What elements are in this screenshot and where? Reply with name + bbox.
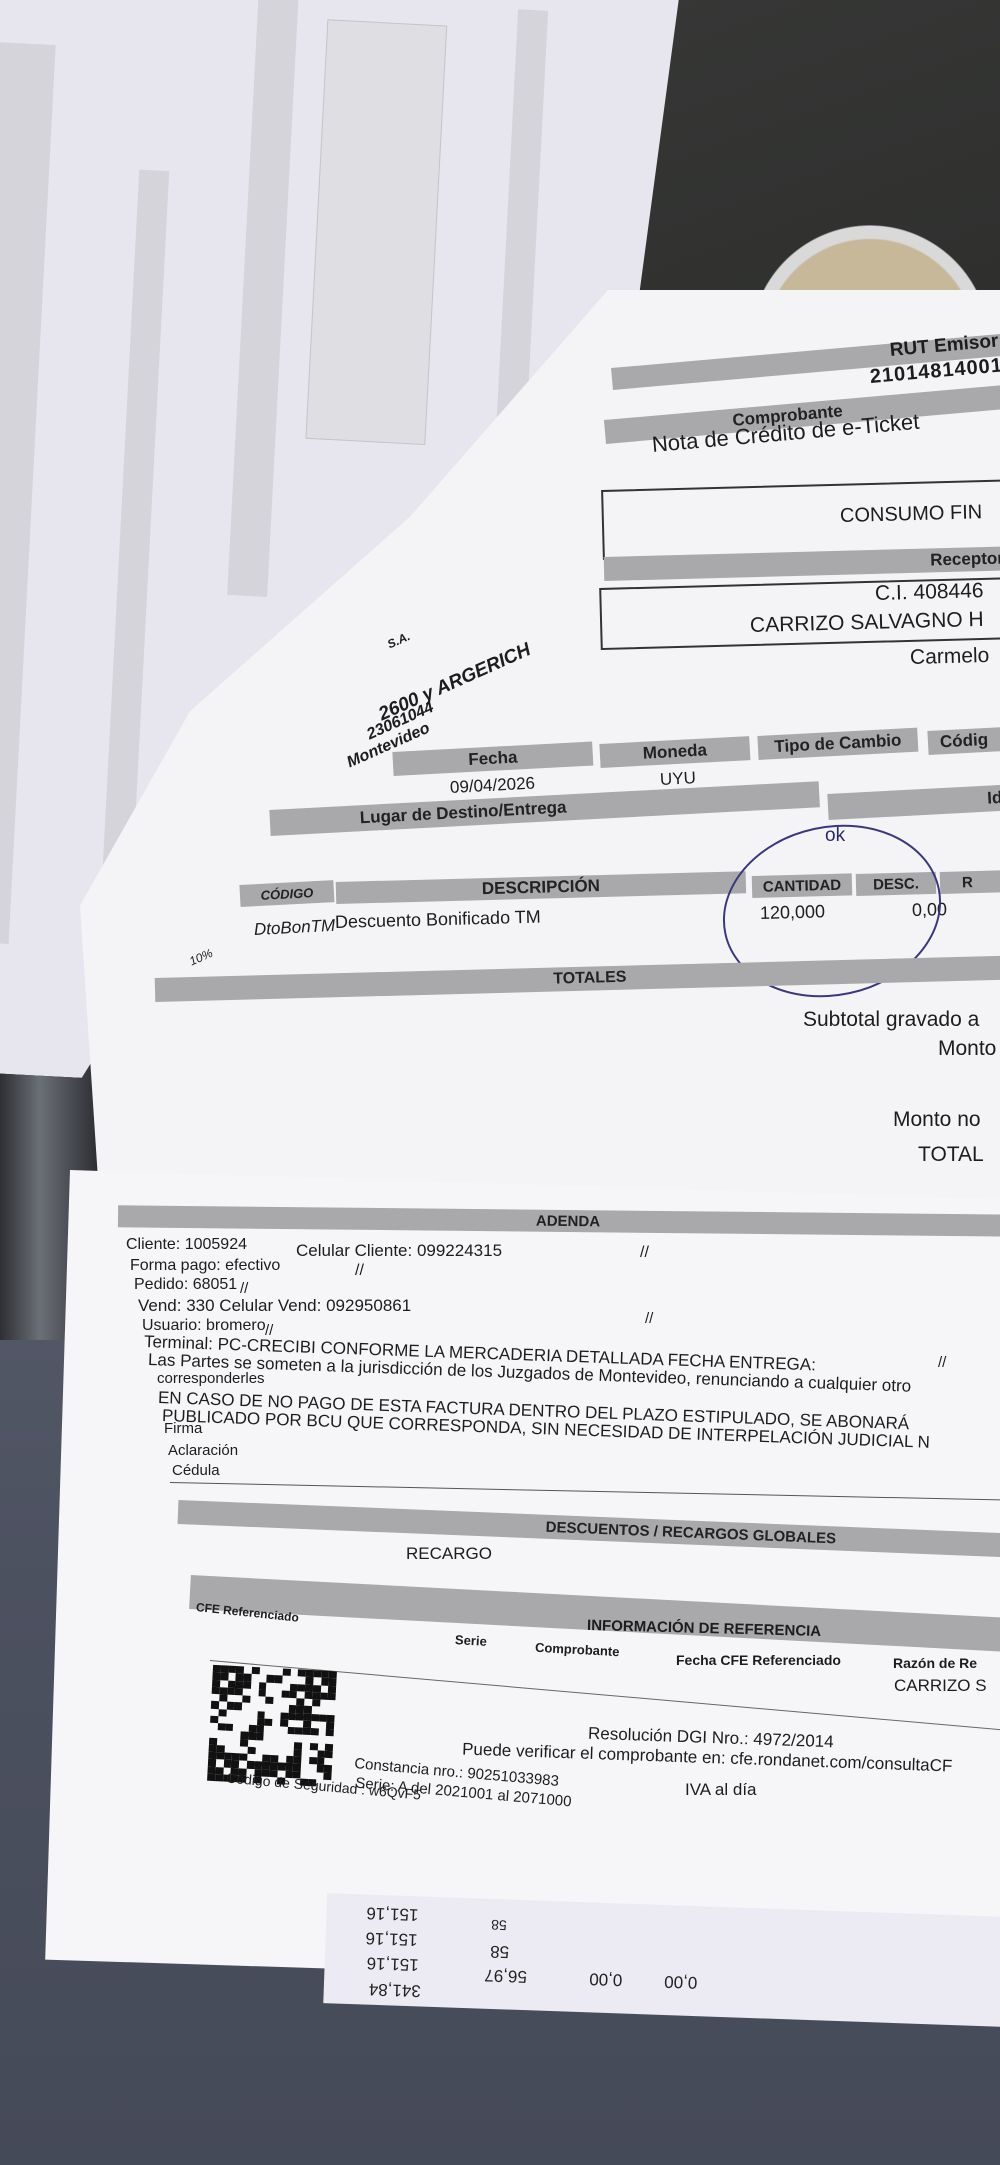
- iva-status: IVA al día: [685, 1780, 757, 1800]
- receipt-value: 151,16: [366, 1953, 419, 1975]
- receipt-value: 58: [490, 1941, 510, 1962]
- receipt-value: 0,00: [664, 1971, 698, 1992]
- adenda-sep: //: [240, 1280, 248, 1297]
- adenda-celular-cliente: Celular Cliente: 099224315: [296, 1241, 502, 1261]
- monto-no-label: Monto no: [893, 1108, 981, 1132]
- codigo-label: Códig: [939, 730, 988, 752]
- item-codigo: DtoBonTM: [253, 916, 335, 940]
- col-descripcion: DESCRIPCIÓN: [482, 876, 601, 899]
- adenda-sep: //: [645, 1310, 653, 1327]
- subtotal-label: Subtotal gravado a: [803, 1008, 979, 1032]
- monto-label: Monto: [938, 1037, 996, 1061]
- receipt-value: 341,84: [368, 1979, 421, 2001]
- cedula-label: Cédula: [172, 1462, 220, 1479]
- ref-col-fecha: Fecha CFE Referenciado: [676, 1652, 841, 1668]
- col-r: R: [962, 874, 973, 891]
- receipt-value: 56,97: [484, 1965, 527, 1986]
- adenda-vendedor: Vend: 330 Celular Vend: 092950861: [138, 1296, 411, 1316]
- receipt-value: 151,16: [365, 1928, 418, 1950]
- receptor-ci: C.I. 408446: [875, 579, 984, 606]
- consumer-type: CONSUMO FIN: [840, 501, 983, 528]
- adenda-sep: //: [640, 1244, 649, 1262]
- totales-header: TOTALES: [553, 969, 627, 989]
- tipo-cambio-label: Tipo de Cambio: [774, 730, 902, 757]
- aclaracion-label: Aclaración: [168, 1442, 238, 1459]
- adenda-sep: //: [938, 1354, 946, 1371]
- receipt-value: 0,00: [589, 1968, 623, 1989]
- receipt-value: 58: [491, 1917, 507, 1934]
- firma-label: Firma: [164, 1420, 202, 1437]
- fecha-label: Fecha: [468, 747, 518, 770]
- moneda-value: UYU: [659, 768, 696, 790]
- adenda-header: ADENDA: [536, 1212, 600, 1230]
- recargo-label: RECARGO: [406, 1544, 492, 1564]
- ref-col-razon: Razón de Re: [893, 1655, 977, 1671]
- moneda-label: Moneda: [642, 740, 707, 763]
- ref-col-serie: Serie: [455, 1632, 488, 1649]
- id-label: Ide: [987, 787, 1000, 808]
- receptor-header: Receptor: [930, 549, 1000, 571]
- ref-value: CARRIZO S: [894, 1676, 987, 1696]
- adenda-cliente: Cliente: 1005924: [126, 1236, 247, 1254]
- receptor-city: Carmelo: [910, 644, 990, 670]
- handwritten-ok: ok: [825, 825, 845, 847]
- receipt-value: 151,16: [366, 1903, 419, 1925]
- adenda-corresponderles: corresponderles: [157, 1370, 265, 1387]
- adenda-forma-pago: Forma pago: efectivo: [130, 1257, 280, 1275]
- adenda-sep: //: [355, 1262, 364, 1280]
- total-label: TOTAL: [918, 1143, 984, 1167]
- adenda-pedido: Pedido: 68051: [134, 1276, 237, 1294]
- col-codigo: CÓDIGO: [260, 885, 313, 903]
